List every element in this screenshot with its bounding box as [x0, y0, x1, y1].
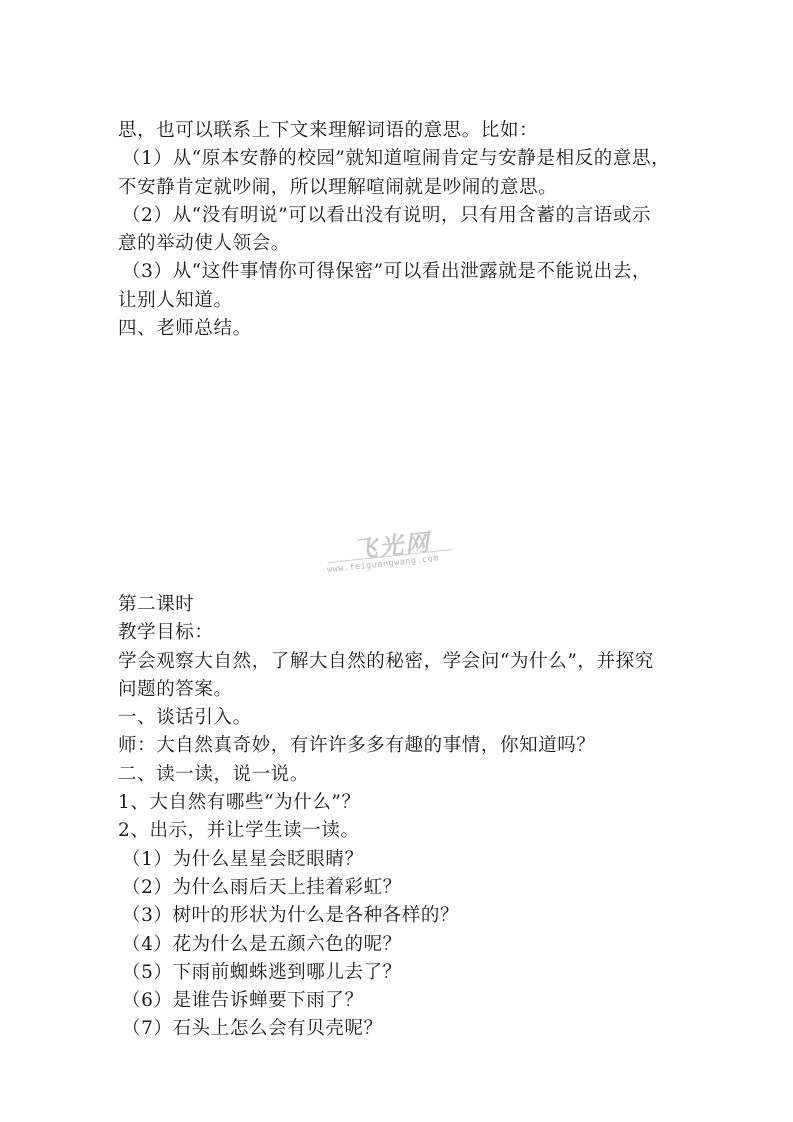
step-item-1: 1、大自然有哪些“为什么”？ — [118, 789, 678, 817]
paragraph-line: 意的举动使人领会。 — [118, 230, 678, 258]
document-page: 思，也可以联系上下文来理解词语的意思。比如： （1）从“原本安静的校园”就知道喧… — [0, 0, 793, 1122]
watermark-logo: 飞光网 www.feiguangwang.com — [323, 519, 469, 593]
paragraph-line: 思，也可以联系上下文来理解词语的意思。比如： — [118, 117, 678, 145]
objectives-heading: 教学目标： — [118, 619, 678, 647]
section-heading-read-say: 二、读一读，说一说。 — [118, 761, 678, 789]
step-item-2: 2、出示，并让学生读一读。 — [118, 817, 678, 845]
question-item: （7）石头上怎么会有贝壳呢？ — [118, 1015, 678, 1043]
lesson-title: 第二课时 — [118, 591, 678, 619]
section-heading-intro: 一、谈话引入。 — [118, 704, 678, 732]
example-item-2: （2）从“没有明说”可以看出没有说明，只有用含蓄的言语或示 — [118, 202, 678, 230]
paragraph-line: 让别人知道。 — [118, 287, 678, 315]
lesson-two: 第二课时 教学目标： 学会观察大自然，了解大自然的秘密，学会问“为什么”，并探究… — [118, 591, 678, 1044]
objectives-text: 学会观察大自然，了解大自然的秘密，学会问“为什么”，并探究 — [118, 648, 678, 676]
lesson-one-continuation: 思，也可以联系上下文来理解词语的意思。比如： （1）从“原本安静的校园”就知道喧… — [118, 117, 678, 343]
question-item: （3）树叶的形状为什么是各种各样的？ — [118, 902, 678, 930]
teacher-dialogue: 师：大自然真奇妙，有许许多多有趣的事情，你知道吗？ — [118, 732, 678, 760]
objectives-text: 问题的答案。 — [118, 676, 678, 704]
example-item-1: （1）从“原本安静的校园”就知道喧闹肯定与安静是相反的意思， — [118, 145, 678, 173]
example-item-3: （3）从“这件事情你可得保密”可以看出泄露就是不能说出去， — [118, 258, 678, 286]
question-item: （1）为什么星星会眨眼睛？ — [118, 846, 678, 874]
question-item: （2）为什么雨后天上挂着彩虹？ — [118, 874, 678, 902]
question-item: （5）下雨前蜘蛛逃到哪儿去了？ — [118, 959, 678, 987]
question-item: （6）是谁告诉蝉要下雨了？ — [118, 987, 678, 1015]
question-item: （4）花为什么是五颜六色的呢？ — [118, 931, 678, 959]
paragraph-line: 不安静肯定就吵闹，所以理解喧闹就是吵闹的意思。 — [118, 174, 678, 202]
section-heading-teacher-summary: 四、老师总结。 — [118, 315, 678, 343]
